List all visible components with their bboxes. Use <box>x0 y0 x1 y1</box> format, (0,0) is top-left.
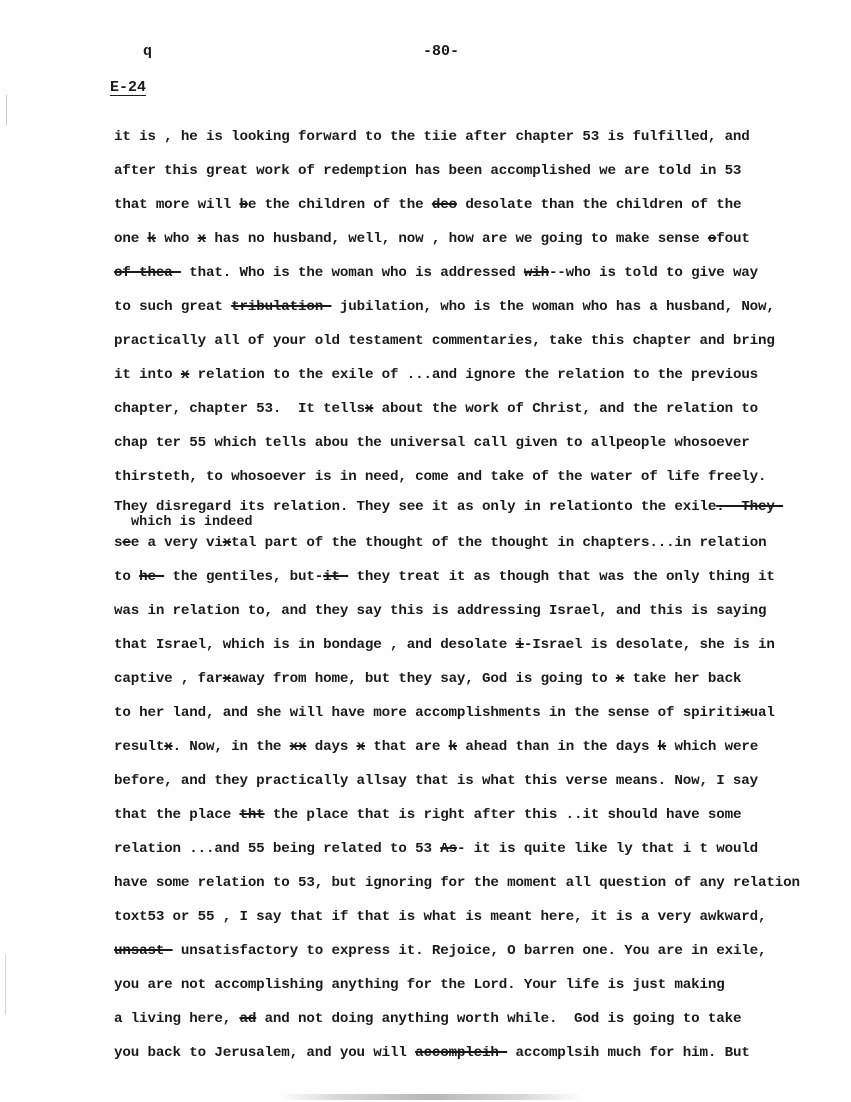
text-run: practically all of your old testament co… <box>114 333 775 349</box>
text-run: that are <box>365 739 449 755</box>
text-run: unsatisfactory to express it. Rejoice, O… <box>173 943 767 959</box>
text-run: before, and they practically allsay that… <box>114 773 758 789</box>
text-run: you are not accomplishing anything for t… <box>114 977 725 993</box>
text-line: They disregard its relation. They see it… <box>114 499 783 515</box>
text-run: that the place <box>114 807 239 823</box>
struck-text: x <box>741 705 749 721</box>
page-number: -80- <box>423 43 459 60</box>
handwritten-insertion: which is indeed <box>131 515 253 530</box>
text-run: relation ...and 55 being related to 53 <box>114 841 440 857</box>
document-id: E-24 <box>110 79 146 96</box>
text-line: you are not accomplishing anything for t… <box>114 977 725 993</box>
struck-text: xx <box>290 739 307 755</box>
struck-text: k <box>449 739 457 755</box>
text-line: before, and they practically allsay that… <box>114 773 758 789</box>
text-run: they treat it as though that was the onl… <box>348 569 775 585</box>
struck-text: x <box>223 671 231 687</box>
text-run: about the work of Christ, and the relati… <box>373 401 758 417</box>
text-line: that Israel, which is in bondage , and d… <box>114 637 775 653</box>
text-line: chapter, chapter 53. It tellsx about the… <box>114 401 758 417</box>
typewritten-page: q -80- E-24 it is , he is looking forwar… <box>0 0 851 1102</box>
struck-text: unsast- <box>114 943 173 959</box>
scan-smudge <box>280 1094 580 1100</box>
text-run: it into <box>114 367 181 383</box>
text-run: tal part of the thought of the thought i… <box>231 535 766 551</box>
text-run: jubilation, who is the woman who has a h… <box>331 299 774 315</box>
text-line: practically all of your old testament co… <box>114 333 775 349</box>
struck-text: k <box>658 739 666 755</box>
struck-text: deo <box>432 197 457 213</box>
text-line: of thea- that. Who is the woman who is a… <box>114 265 758 281</box>
scan-edge-mark <box>5 955 6 1015</box>
text-run: which were <box>666 739 758 755</box>
text-line: unsast- unsatisfactory to express it. Re… <box>114 943 766 959</box>
text-run: They disregard its relation. They see it… <box>114 499 716 515</box>
text-line: it into x relation to the exile of ...an… <box>114 367 758 383</box>
text-run: ahead than in the days <box>457 739 658 755</box>
text-run: a living here, <box>114 1011 239 1027</box>
text-run: that. Who is the woman who is addressed <box>181 265 524 281</box>
text-line: a living here, ad and not doing anything… <box>114 1011 741 1027</box>
text-run: one <box>114 231 147 247</box>
text-run: ual <box>750 705 775 721</box>
struck-text: i <box>515 637 523 653</box>
struck-text: x <box>223 535 231 551</box>
struck-text: o <box>708 231 716 247</box>
text-run: - it is quite like ly that i t would <box>457 841 758 857</box>
text-run: to her land, and she will have more acco… <box>114 705 741 721</box>
text-line: to her land, and she will have more acco… <box>114 705 775 721</box>
struck-text: tht <box>239 807 264 823</box>
text-line: that the place tht the place that is rig… <box>114 807 741 823</box>
text-run: -Israel is desolate, she is in <box>524 637 775 653</box>
text-run: desolate than the children of the <box>457 197 741 213</box>
text-run: e a very vi <box>131 535 223 551</box>
text-line: was in relation to, and they say this is… <box>114 603 766 619</box>
text-run: captive , far <box>114 671 223 687</box>
text-run: that Israel, which is in bondage , and d… <box>114 637 515 653</box>
text-line: to he- the gentiles, but-it- they treat … <box>114 569 775 585</box>
text-run: accomplsih much for him. But <box>507 1045 750 1061</box>
struck-text: x <box>616 671 624 687</box>
text-line: it is , he is looking forward to the tii… <box>114 129 750 145</box>
struck-text: accompleih- <box>415 1045 507 1061</box>
struck-text: k <box>147 231 155 247</box>
struck-text: e <box>122 535 130 551</box>
text-run: take her back <box>624 671 741 687</box>
struck-text: it- <box>323 569 348 585</box>
text-run: that more will <box>114 197 239 213</box>
text-run: days <box>306 739 356 755</box>
text-line: relation ...and 55 being related to 53 A… <box>114 841 758 857</box>
struck-text: ad <box>239 1011 256 1027</box>
text-line: chap ter 55 which tells abou the univers… <box>114 435 750 451</box>
text-run: the place that is right after this ..it … <box>265 807 742 823</box>
text-run: have some relation to 53, but ignoring f… <box>114 875 800 891</box>
scan-edge-mark <box>6 95 7 125</box>
text-run: toxt53 or 55 , I say that if that is wha… <box>114 909 766 925</box>
text-line: have some relation to 53, but ignoring f… <box>114 875 800 891</box>
text-run: e the children of the <box>248 197 432 213</box>
text-run: to such great <box>114 299 231 315</box>
text-line: thirsteth, to whosoever is in need, come… <box>114 469 766 485</box>
text-line: see a very vixtal part of the thought of… <box>114 535 766 551</box>
text-line: that more will be the children of the de… <box>114 197 741 213</box>
struck-text: he- <box>139 569 164 585</box>
text-run: has no husband, well, now , how are we g… <box>206 231 708 247</box>
struck-text: tribulation- <box>231 299 331 315</box>
text-line: to such great tribulation- jubilation, w… <box>114 299 775 315</box>
text-run: was in relation to, and they say this is… <box>114 603 766 619</box>
text-run: fout <box>716 231 749 247</box>
struck-text: of thea- <box>114 265 181 281</box>
text-run: who <box>156 231 198 247</box>
text-run: --who is told to give way <box>549 265 758 281</box>
corner-mark: q <box>143 43 152 60</box>
struck-text: x <box>198 231 206 247</box>
text-run: result <box>114 739 164 755</box>
text-run: . Now, in the <box>173 739 290 755</box>
text-run: relation to the exile of ...and ignore t… <box>189 367 758 383</box>
text-run: away from home, but they say, God is goi… <box>231 671 616 687</box>
text-run: you back to Jerusalem, and you will <box>114 1045 415 1061</box>
text-line: you back to Jerusalem, and you will acco… <box>114 1045 750 1061</box>
struck-text: x <box>164 739 172 755</box>
struck-text: .--They- <box>716 499 783 515</box>
struck-text: x <box>357 739 365 755</box>
struck-text: b <box>239 197 247 213</box>
text-run: it is , he is looking forward to the tii… <box>114 129 750 145</box>
struck-text: As <box>440 841 457 857</box>
text-line: captive , farxaway from home, but they s… <box>114 671 741 687</box>
text-run: the gentiles, but- <box>164 569 323 585</box>
text-run: chap ter 55 which tells abou the univers… <box>114 435 750 451</box>
text-run: after this great work of redemption has … <box>114 163 741 179</box>
text-run: to <box>114 569 139 585</box>
text-line: toxt53 or 55 , I say that if that is wha… <box>114 909 766 925</box>
text-line: after this great work of redemption has … <box>114 163 741 179</box>
text-line: one k who x has no husband, well, now , … <box>114 231 750 247</box>
text-run: chapter, chapter 53. It tells <box>114 401 365 417</box>
text-run: and not doing anything worth while. God … <box>256 1011 741 1027</box>
text-run: thirsteth, to whosoever is in need, come… <box>114 469 766 485</box>
struck-text: wih <box>524 265 549 281</box>
text-line: resultx. Now, in the xx days x that are … <box>114 739 758 755</box>
